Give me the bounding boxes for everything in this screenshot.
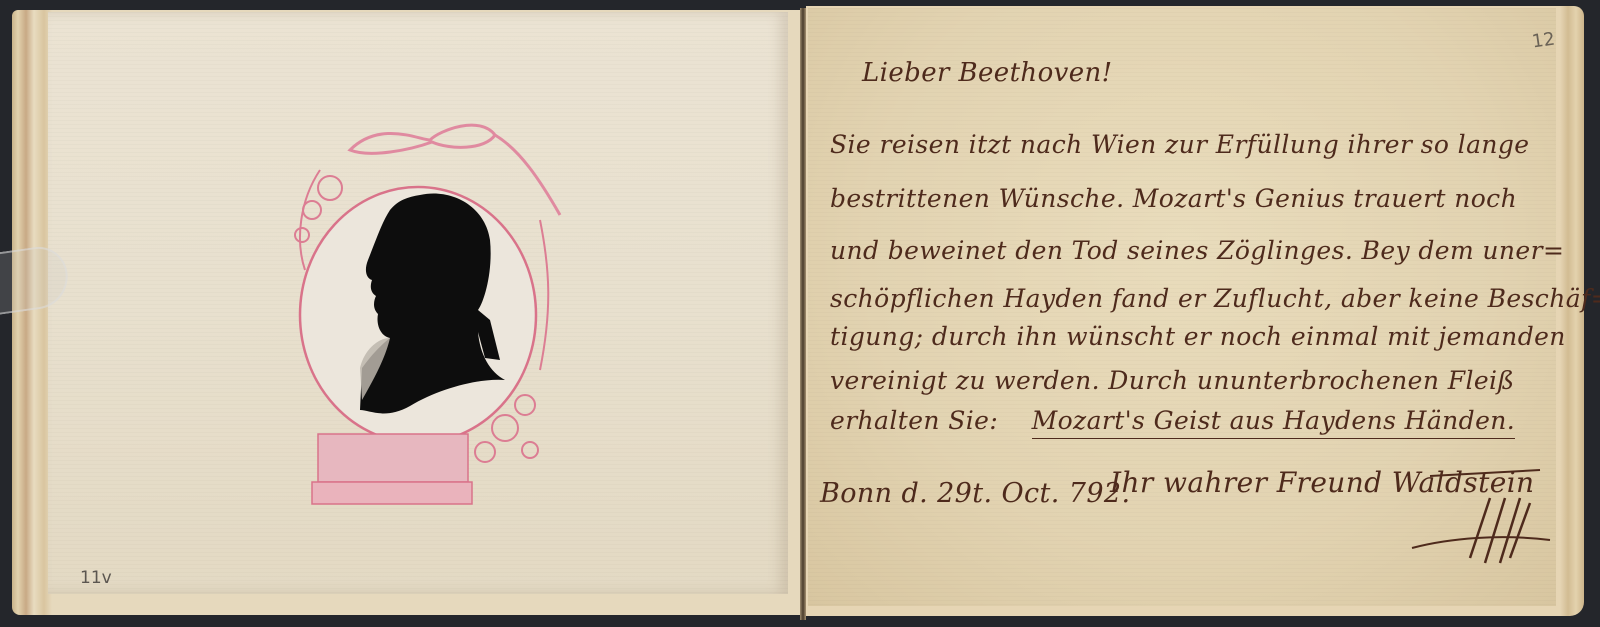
silhouette-portrait bbox=[290, 110, 590, 520]
salutation: Lieber Beethoven! bbox=[862, 58, 1113, 88]
text-line: bestrittenen Wünsche. Mozart's Genius tr… bbox=[830, 184, 1517, 213]
date-place: Bonn d. 29t. Oct. 792. bbox=[820, 478, 1130, 509]
underlined-phrase: Mozart's Geist aus Haydens Händen. bbox=[1032, 406, 1516, 439]
text-line: vereinigt zu werden. Durch ununterbroche… bbox=[830, 366, 1515, 395]
plinth bbox=[318, 434, 468, 482]
text-line: tigung; durch ihn wünscht er noch einmal… bbox=[830, 322, 1566, 351]
ribbon-bow bbox=[350, 125, 495, 153]
text-line: Sie reisen itzt nach Wien zur Erfüllung … bbox=[830, 130, 1529, 159]
open-album-spread: 11v 12 Lieber Beethoven! Sie reisen itzt… bbox=[0, 0, 1600, 627]
folio-number-right: 12 bbox=[1531, 29, 1557, 53]
text-line: schöpflichen Hayden fand er Zuflucht, ab… bbox=[830, 284, 1600, 313]
folio-number-left: 11v bbox=[80, 568, 112, 588]
text-line: und beweinet den Tod seines Zöglinges. B… bbox=[830, 236, 1564, 265]
signature-flourish bbox=[1410, 468, 1560, 578]
text-line-lead: erhalten Sie: bbox=[830, 406, 998, 435]
text-line-final: erhalten Sie: Mozart's Geist aus Haydens… bbox=[830, 406, 1515, 435]
